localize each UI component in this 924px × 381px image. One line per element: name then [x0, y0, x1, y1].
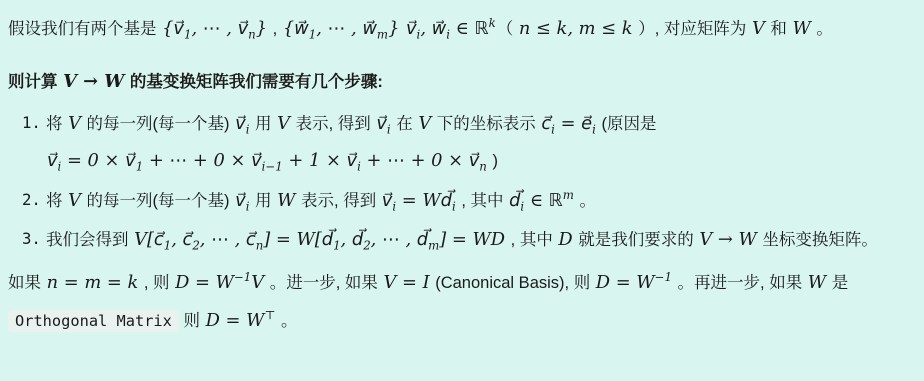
steps-list: 1.将 V 的每一列(每一个基) v⃗i 用 V 表示, 得到 v⃗i 在 V … [8, 105, 914, 259]
list-marker: 2. [22, 182, 41, 217]
text-run: ) [488, 152, 498, 170]
math-expression: V = I [382, 272, 430, 293]
text-run: 。进一步, 如果 [265, 274, 382, 292]
list-item-content: 将 V 的每一列(每一个基) v⃗i 用 W 表示, 得到 v⃗i = Wd⃗i… [46, 192, 596, 210]
text-run: ）, 对应矩阵为 [634, 20, 751, 38]
text-run: , 其中 [457, 192, 508, 210]
text-run: 坐标变换矩阵。 [758, 231, 878, 249]
math-expression: V → W [698, 229, 757, 250]
list-item: 3.我们会得到 V[c⃗1, c⃗2, ⋯ , c⃗n] = W[d⃗1, d⃗… [8, 221, 914, 258]
text-run: 。 [276, 312, 297, 330]
text-run: (Canonical Basis), 则 [431, 274, 595, 292]
text-run: 在 [392, 115, 418, 133]
math-expression: V [276, 113, 291, 134]
text-run: 假设我们有两个基是 [8, 20, 161, 38]
math-expression: v⃗i [375, 113, 391, 134]
math-expression: V → W [62, 71, 125, 92]
text-run: （ [497, 20, 518, 38]
text-run: 是 [827, 274, 848, 292]
math-expression: D = W−1V [174, 272, 265, 293]
text-run: (原因是 [597, 115, 657, 133]
conclusion-paragraph: 如果 n = m = k , 则 D = W−1V 。进一步, 如果 V = I… [8, 264, 914, 339]
inline-code: Orthogonal Matrix [8, 310, 179, 332]
math-expression: v⃗i [234, 190, 250, 211]
text-run: 和 [766, 20, 792, 38]
math-expression: n ≤ k, m ≤ k [518, 18, 634, 39]
text-run: 就是我们要求的 [574, 231, 699, 249]
text-run: 的每一列(每一个基) [82, 192, 234, 210]
text-run: , [268, 20, 282, 38]
list-marker: 3. [22, 221, 41, 256]
math-expression: D = W−1 [595, 272, 673, 293]
text-run: 表示, 得到 [296, 192, 380, 210]
math-expression: d⃗i ∈ ℝm [508, 190, 575, 211]
text-run: , 则 [139, 274, 174, 292]
text-run: 表示, 得到 [291, 115, 375, 133]
math-expression: V [751, 18, 766, 39]
text-run: , 其中 [506, 231, 557, 249]
text-run: 将 [46, 192, 67, 210]
math-expression: W [276, 190, 296, 211]
text-run: 。 [812, 20, 833, 38]
math-expression: {w⃗1, ⋯ , w⃗m} [282, 18, 401, 39]
text-run: 用 [250, 115, 276, 133]
list-item: 2.将 V 的每一列(每一个基) v⃗i 用 W 表示, 得到 v⃗i = Wd… [8, 182, 914, 219]
math-expression: W [792, 18, 812, 39]
intro-paragraph: 假设我们有两个基是 {v⃗1, ⋯ , v⃗n} , {w⃗1, ⋯ , w⃗m… [8, 10, 914, 47]
text-run: 。 [575, 192, 596, 210]
math-expression: c⃗i = e⃗i [540, 113, 597, 134]
text-run: 的每一列(每一个基) [82, 115, 234, 133]
text-run: 如果 [8, 274, 46, 292]
document-root: 假设我们有两个基是 {v⃗1, ⋯ , v⃗n} , {w⃗1, ⋯ , w⃗m… [0, 0, 924, 339]
text-run: 的基变换矩阵我们需要有几个步骤: [125, 73, 383, 91]
list-item-content: 将 V 的每一列(每一个基) v⃗i 用 V 表示, 得到 v⃗i 在 V 下的… [46, 115, 657, 170]
math-expression: V[c⃗1, c⃗2, ⋯ , c⃗n] = W[d⃗1, d⃗2, ⋯ , d… [133, 229, 506, 250]
math-expression: D [557, 229, 573, 250]
text-run: 我们会得到 [46, 231, 133, 249]
text-run: 用 [250, 192, 276, 210]
list-marker: 1. [22, 105, 41, 140]
list-item: 1.将 V 的每一列(每一个基) v⃗i 用 V 表示, 得到 v⃗i 在 V … [8, 105, 914, 180]
text-run: 则 [179, 312, 205, 330]
math-expression: n = m = k [46, 272, 140, 293]
math-expression: W [807, 272, 827, 293]
math-expression: V [417, 113, 432, 134]
math-expression: {v⃗1, ⋯ , v⃗n} [161, 18, 268, 39]
text-run: 下的坐标表示 [432, 115, 540, 133]
math-expression: v⃗i = 0 × v⃗1 + ⋯ + 0 × v⃗i−1 + 1 × v⃗i … [46, 150, 488, 171]
math-expression: v⃗i [234, 113, 250, 134]
math-expression: v⃗i, w⃗i ∈ ℝk [405, 18, 497, 39]
math-expression: V [67, 190, 82, 211]
math-expression: D = W⊤ [205, 310, 277, 331]
math-expression: v⃗i = Wd⃗i [381, 190, 457, 211]
steps-heading: 则计算 V → W 的基变换矩阵我们需要有几个步骤: [8, 63, 914, 100]
list-item-content: 我们会得到 V[c⃗1, c⃗2, ⋯ , c⃗n] = W[d⃗1, d⃗2,… [46, 231, 878, 249]
text-run: 则计算 [8, 73, 62, 91]
text-run: 。再进一步, 如果 [673, 274, 807, 292]
text-run: 将 [46, 115, 67, 133]
math-expression: V [67, 113, 82, 134]
